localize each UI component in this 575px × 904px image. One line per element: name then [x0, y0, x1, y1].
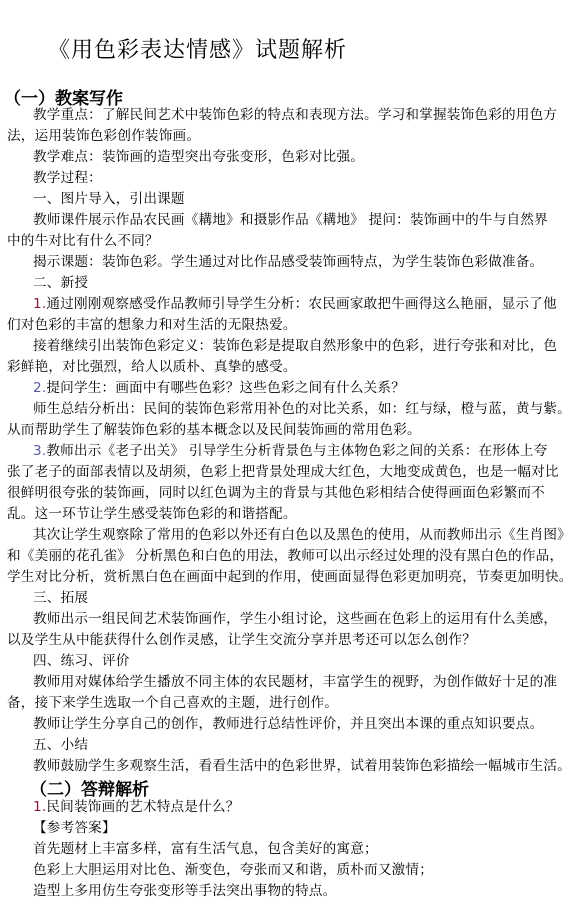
paragraph-line: 乱。这一环节让学生感受装饰色彩的和谐搭配。 [7, 504, 297, 525]
paragraph-line: 教师鼓励学生多观察生活，看看生活中的色彩世界，试着用装饰色彩描绘一幅城市生活。 [33, 756, 571, 777]
paragraph-line: 很鲜明很夸张的装饰画，同时以红色调为主的背景与其他色彩相结合使得画面色彩繁而不 [7, 483, 545, 504]
paragraph-line: 备，接下来学生选取一个自己喜欢的主题，进行创作。 [7, 693, 338, 714]
answer-line: 造型上多用仿生夸张变形等手法突出事物的特点。 [33, 881, 336, 902]
subheading-line: 五、小结 [33, 735, 88, 756]
answer-line: 首先题材上丰富多样，富有生活气息，包含美好的寓意； [33, 839, 378, 860]
item-number: 1. [33, 799, 46, 815]
paragraph-line: 教师出示一组民间艺术装饰画作，学生小组讨论，这些画在色彩上的运用有什么美感， [33, 609, 557, 630]
paragraph-line: 彩鲜艳，对比强烈，给人以质朴、真挚的感受。 [7, 357, 297, 378]
paragraph-line: 张了老子的面部表情以及胡须，色彩上把背景处理成大红色，大地变成黄色，也是一幅对比 [7, 462, 559, 483]
answer-line: 色彩上大胆运用对比色、渐变色，夸张而又和谐，质朴而又激情； [33, 860, 433, 881]
paragraph-line: 和《美丽的花孔雀》 分析黑色和白色的用法，教师可以出示经过处理的没有黑白色的作品… [7, 546, 563, 567]
paragraph-line: 教师课件展示作品农民画《耩地》和摄影作品《耩地》 提问：装饰画中的牛与自然界 [33, 210, 548, 231]
subheading-line: 二、新授 [33, 273, 88, 294]
paragraph-line: 教学重点：了解民间艺术中装饰色彩的特点和表现方法。学习和掌握装饰色彩的用色方 [33, 105, 557, 126]
item-number: 3. [33, 443, 46, 459]
paragraph-line: 教师让学生分享自己的创作，教师进行总结性评价，并且突出本课的重点知识要点。 [33, 714, 543, 735]
subheading-line: 一、图片导入，引出课题 [33, 189, 185, 210]
paragraph-line: 师生总结分析出：民间的装饰色彩常用补色的对比关系，如：红与绿，橙与蓝，黄与紫。 [33, 399, 571, 420]
paragraph-line: 法，运用装饰色彩创作装饰画。 [7, 126, 200, 147]
item-number: 2. [33, 380, 46, 396]
paragraph-line: 揭示课题：装饰色彩。学生通过对比作品感受装饰画特点，为学生装饰色彩做准备。 [33, 252, 543, 273]
subheading-line: 三、拓展 [33, 588, 88, 609]
paragraph-line: 教学难点：装饰画的造型突出夸张变形，色彩对比强。 [33, 147, 364, 168]
subheading-line: 四、练习、评价 [33, 651, 130, 672]
paragraph-line: 教学过程： [33, 168, 102, 189]
page-title: 《用色彩表达情感》试题解析 [48, 33, 347, 64]
paragraph-line: 接着继续引出装饰色彩定义：装饰色彩是提取自然形象中的色彩，进行夸张和对比，色 [33, 336, 557, 357]
item-number: 1. [33, 296, 46, 312]
paragraph-line: 从而帮助学生了解装饰色彩的基本概念以及民间装饰画的常用色彩。 [7, 420, 421, 441]
numbered-paragraph-line: 3.教师出示《老子出关》 引导学生分析背景色与主体物色彩之间的关系：在形体上夸 [33, 441, 547, 462]
question-line: 1.民间装饰画的艺术特点是什么？ [33, 797, 240, 818]
paragraph-line: 学生对比分析，赏析黑白色在画面中起到的作用，使画面显得色彩更加明亮，节奏更加明快… [7, 567, 573, 588]
paragraph-line: 们对色彩的丰富的想象力和对生活的无限热爱。 [7, 315, 297, 336]
numbered-paragraph-line: 1.通过刚刚观察感受作品教师引导学生分析：农民画家敢把牛画得这么艳丽，显示了他 [33, 294, 557, 315]
paragraph-line: 中的牛对比有什么不同？ [7, 231, 159, 252]
answer-label: 【参考答案】 [33, 818, 116, 839]
paragraph-line: 其次让学生观察除了常用的色彩以外还有白色以及黑色的使用，从而教师出示《生肖图》 [33, 525, 571, 546]
numbered-paragraph-line: 2.提问学生：画面中有哪些色彩？这些色彩之间有什么关系？ [33, 378, 405, 399]
document-page: 《用色彩表达情感》试题解析 （一）教案写作 教学重点：了解民间艺术中装饰色彩的特… [0, 0, 575, 904]
paragraph-line: 教师用对媒体给学生播放不同主体的农民题材，丰富学生的视野，为创作做好十足的准 [33, 672, 557, 693]
paragraph-line: 以及学生从中能获得什么创作灵感，让学生交流分享并思考还可以怎么创作？ [7, 630, 476, 651]
